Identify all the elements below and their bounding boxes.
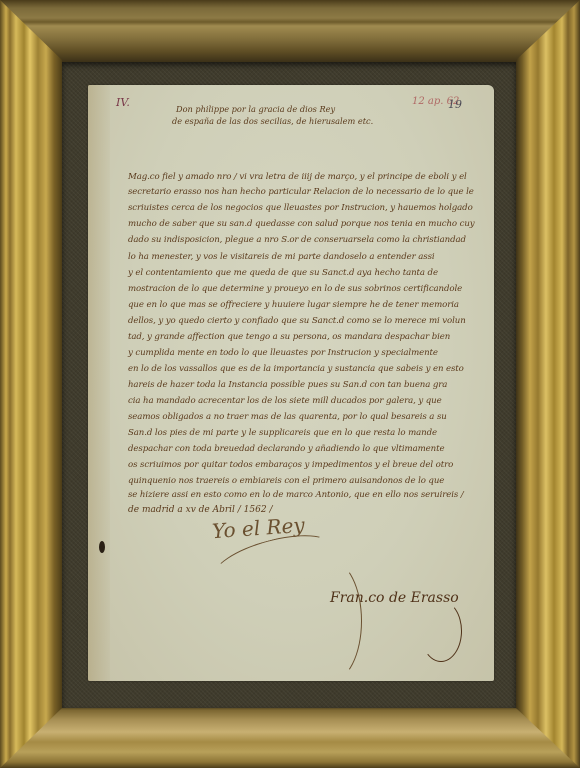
- body-line: lo ha menester, y vos le visitareis de m…: [128, 252, 435, 262]
- archive-number: 19: [448, 98, 462, 111]
- body-line: San.d los pies de mi parte y le supplica…: [128, 428, 437, 438]
- body-line: tad, y grande affection que tengo a su p…: [128, 332, 450, 342]
- body-line: cia ha mandado acrecentar los de los sie…: [128, 396, 442, 406]
- body-line: seamos obligados a no traer mas de las q…: [128, 412, 447, 422]
- royal-title-line-2: de españa de las dos secilias, de hierus…: [172, 116, 373, 126]
- body-line: quinquenio nos traereis o embiareis con …: [128, 476, 444, 486]
- body-line: Mag.co fiel y amado nro / vi vra letra d…: [128, 172, 467, 182]
- frame-left-rail: [0, 0, 62, 768]
- signature-flourish: [420, 600, 462, 662]
- body-line: despachar con toda breuedad declarando y…: [128, 444, 444, 454]
- body-line: mucho de saber que su san.d quedasse con…: [128, 219, 475, 229]
- body-line: hareis de hazer toda la Instancia possib…: [128, 380, 447, 390]
- body-line: dellos, y yo quedo cierto y confiado que…: [128, 316, 466, 326]
- body-line: os scriuimos por quitar todos embaraços …: [128, 460, 453, 470]
- body-line: scriuistes cerca de los negocios que lle…: [128, 203, 473, 213]
- body-line: mostracion de lo que determine y proueyo…: [128, 284, 462, 294]
- body-line: en lo de los vassallos que es de la impo…: [128, 364, 464, 374]
- folio-mark: IV.: [116, 96, 130, 109]
- frame-top-rail: [0, 0, 580, 62]
- ink-blot: [99, 541, 105, 553]
- body-line: secretario erasso nos han hecho particul…: [128, 187, 474, 197]
- frame-right-rail: [516, 0, 580, 768]
- signature-flourish: [300, 560, 362, 682]
- royal-title-line-1: Don philippe por la gracia de dios Rey: [176, 104, 335, 114]
- body-line: dado su indisposicion, plegue a nro S.or…: [128, 235, 466, 245]
- body-line: y cumplida mente en todo lo que lleuaste…: [128, 348, 438, 358]
- frame-bottom-rail: [0, 706, 580, 768]
- body-line: que en lo que mas se offreciere y huuier…: [128, 300, 459, 310]
- body-line: se hiziere assi en esto como en lo de ma…: [128, 490, 464, 500]
- body-line: y el contentamiento que me queda de que …: [128, 268, 438, 278]
- date-line: de madrid a xv de Abril / 1562 /: [128, 505, 272, 515]
